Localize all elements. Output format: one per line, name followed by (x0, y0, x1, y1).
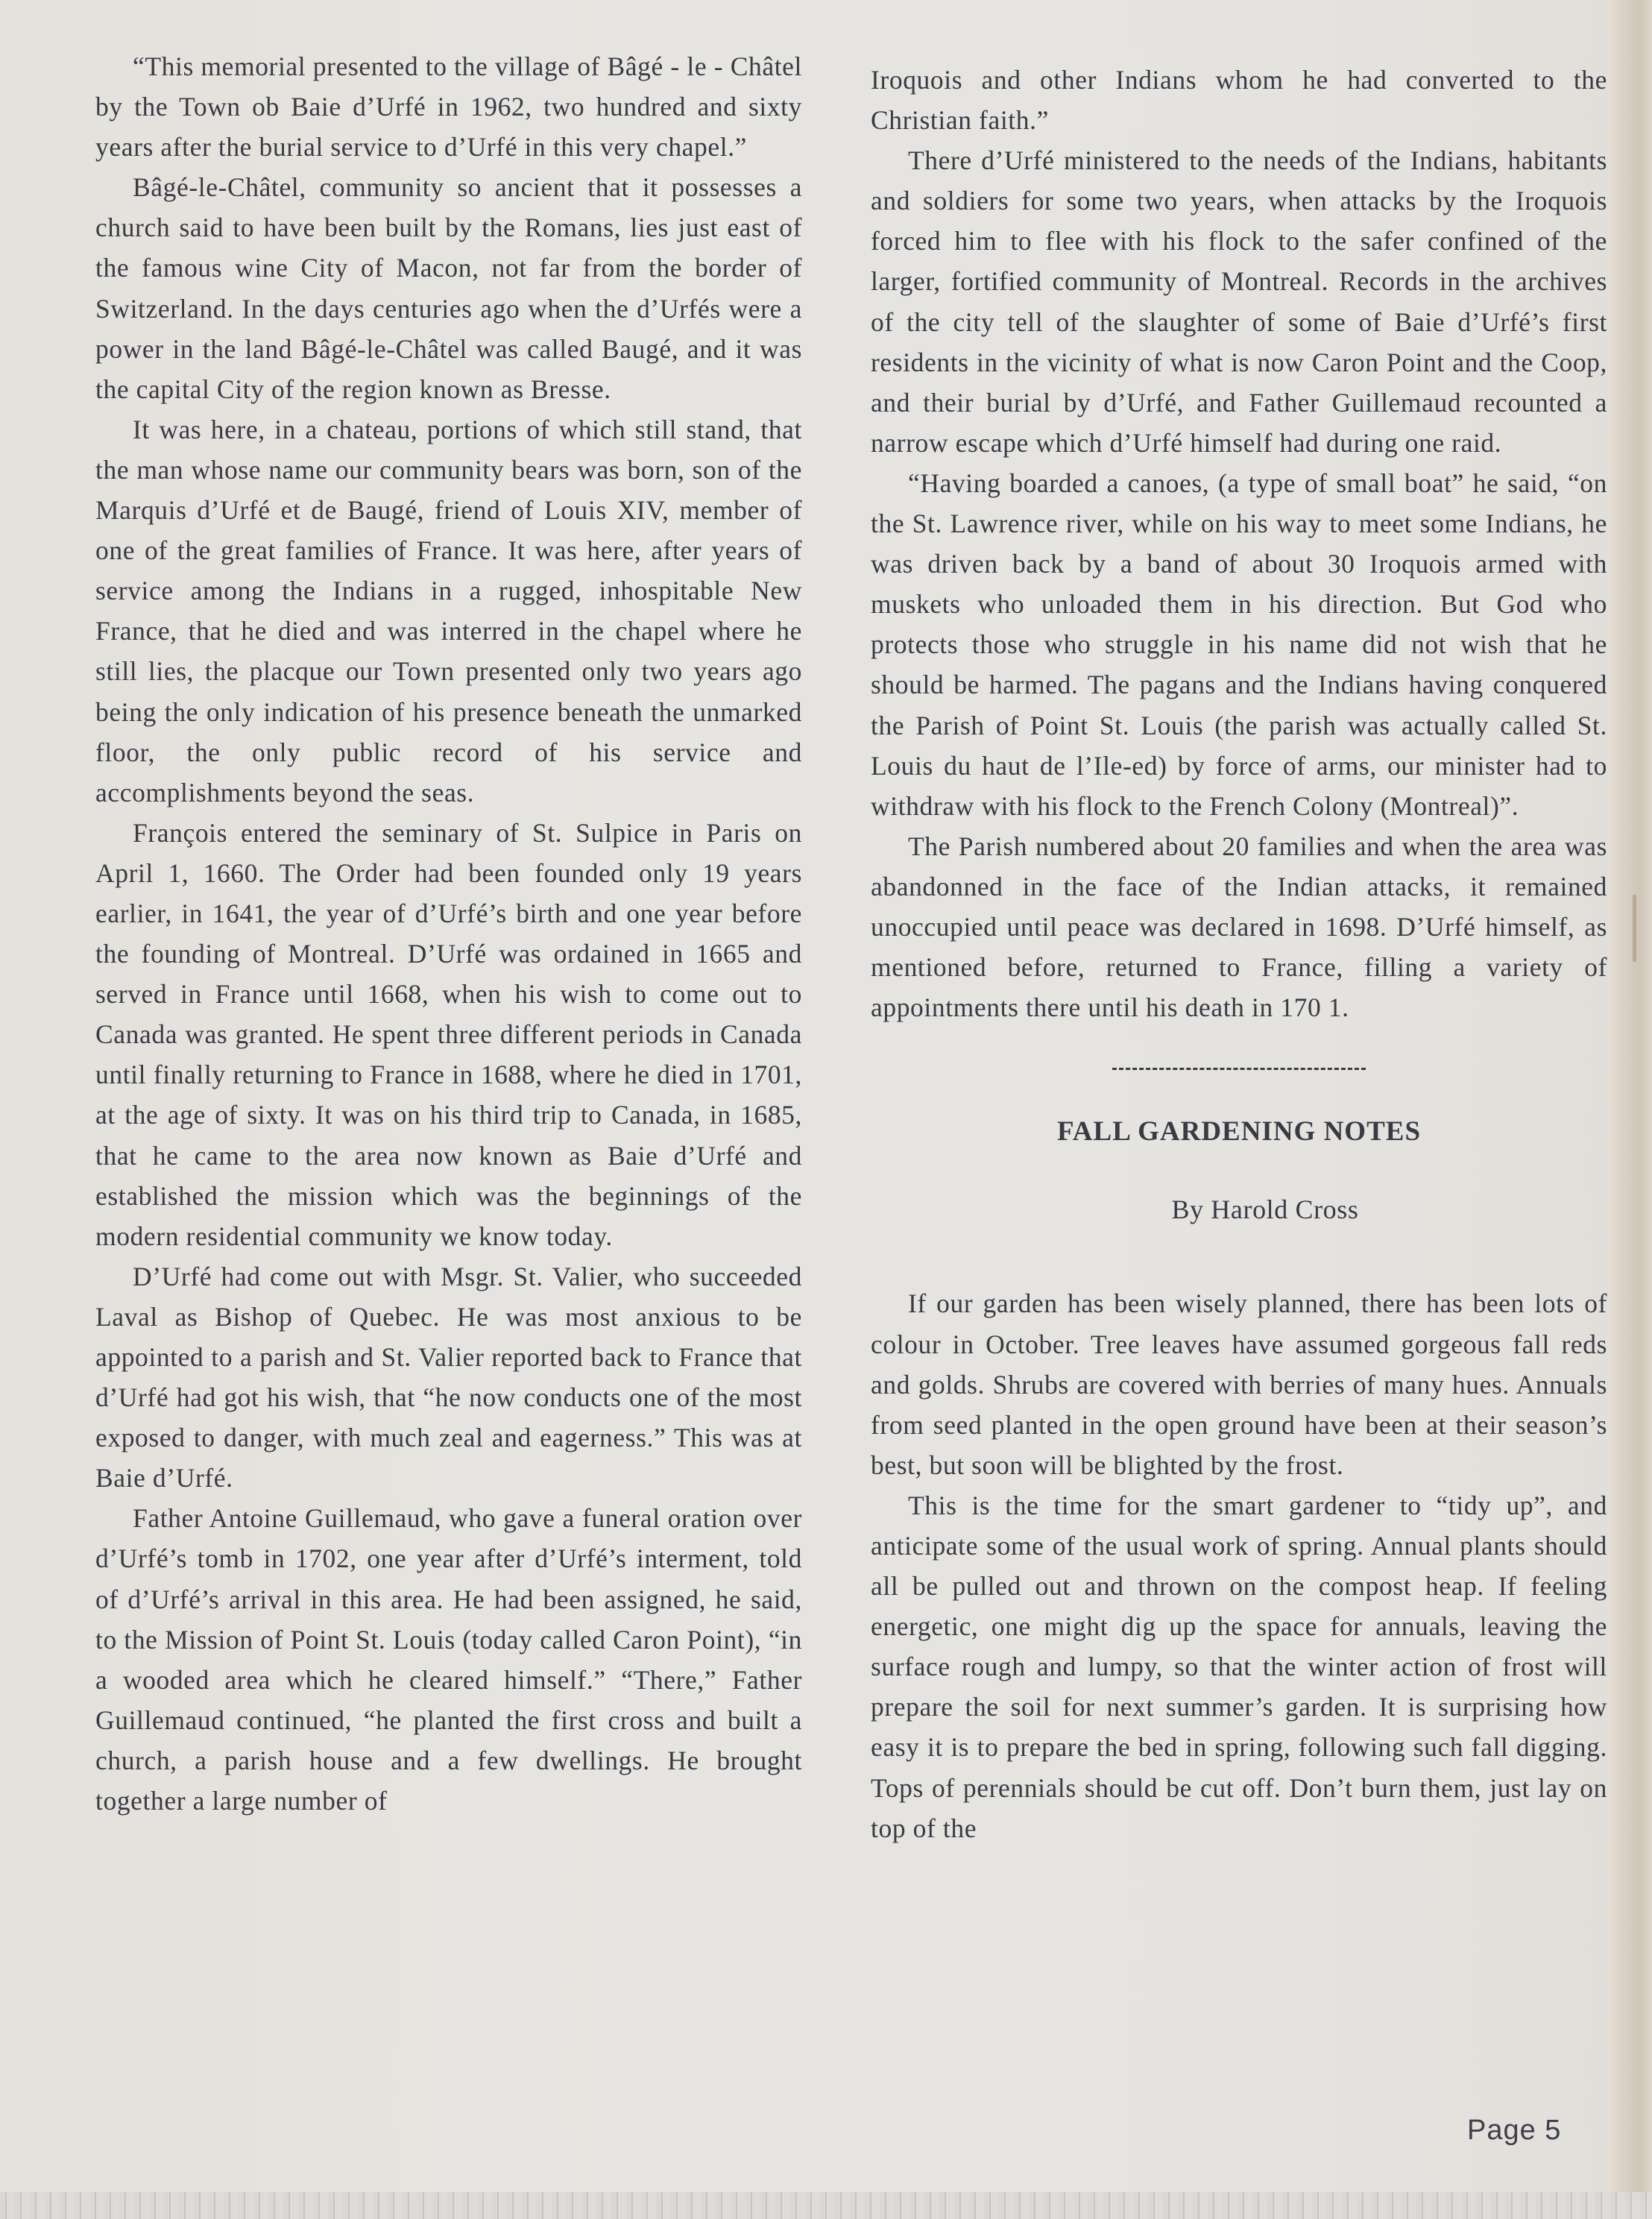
paragraph-bage-le-chatel: Bâgé-le-Châtel, community so ancient tha… (95, 167, 802, 409)
paragraph-parish-families: The Parish numbered about 20 families an… (871, 826, 1607, 1027)
page-edge-stain (1633, 895, 1636, 962)
paragraph-ministered: There d’Urfé ministered to the needs of … (871, 140, 1607, 463)
paragraph-continuation: Iroquois and other Indians whom he had c… (871, 60, 1607, 140)
article-byline: By Harold Cross (871, 1189, 1607, 1230)
right-column: Iroquois and other Indians whom he had c… (871, 60, 1607, 1848)
paragraph-garden-colour: If our garden has been wisely planned, t… (871, 1283, 1607, 1485)
left-column: “This memorial presented to the village … (95, 46, 802, 1821)
article-title: FALL GARDENING NOTES (871, 1112, 1607, 1152)
paragraph-guillemaud: Father Antoine Guillemaud, who gave a fu… (95, 1498, 802, 1821)
page-edge (1610, 0, 1652, 2219)
paragraph-memorial-quote: “This memorial presented to the village … (95, 46, 802, 167)
paragraph-tidy-up: This is the time for the smart gardener … (871, 1485, 1607, 1848)
page-bottom-strip (0, 2192, 1652, 2219)
paragraph-canoe-escape: “Having boarded a canoes, (a type of sma… (871, 463, 1607, 826)
page-number: Page 5 (1467, 2115, 1561, 2147)
section-divider (1112, 1068, 1366, 1070)
paragraph-seminary: François entered the seminary of St. Sul… (95, 813, 802, 1256)
paragraph-st-valier: D’Urfé had come out with Msgr. St. Valie… (95, 1256, 802, 1499)
document-page: “This memorial presented to the village … (0, 0, 1610, 2192)
paragraph-chateau-birthplace: It was here, in a chateau, portions of w… (95, 409, 802, 813)
